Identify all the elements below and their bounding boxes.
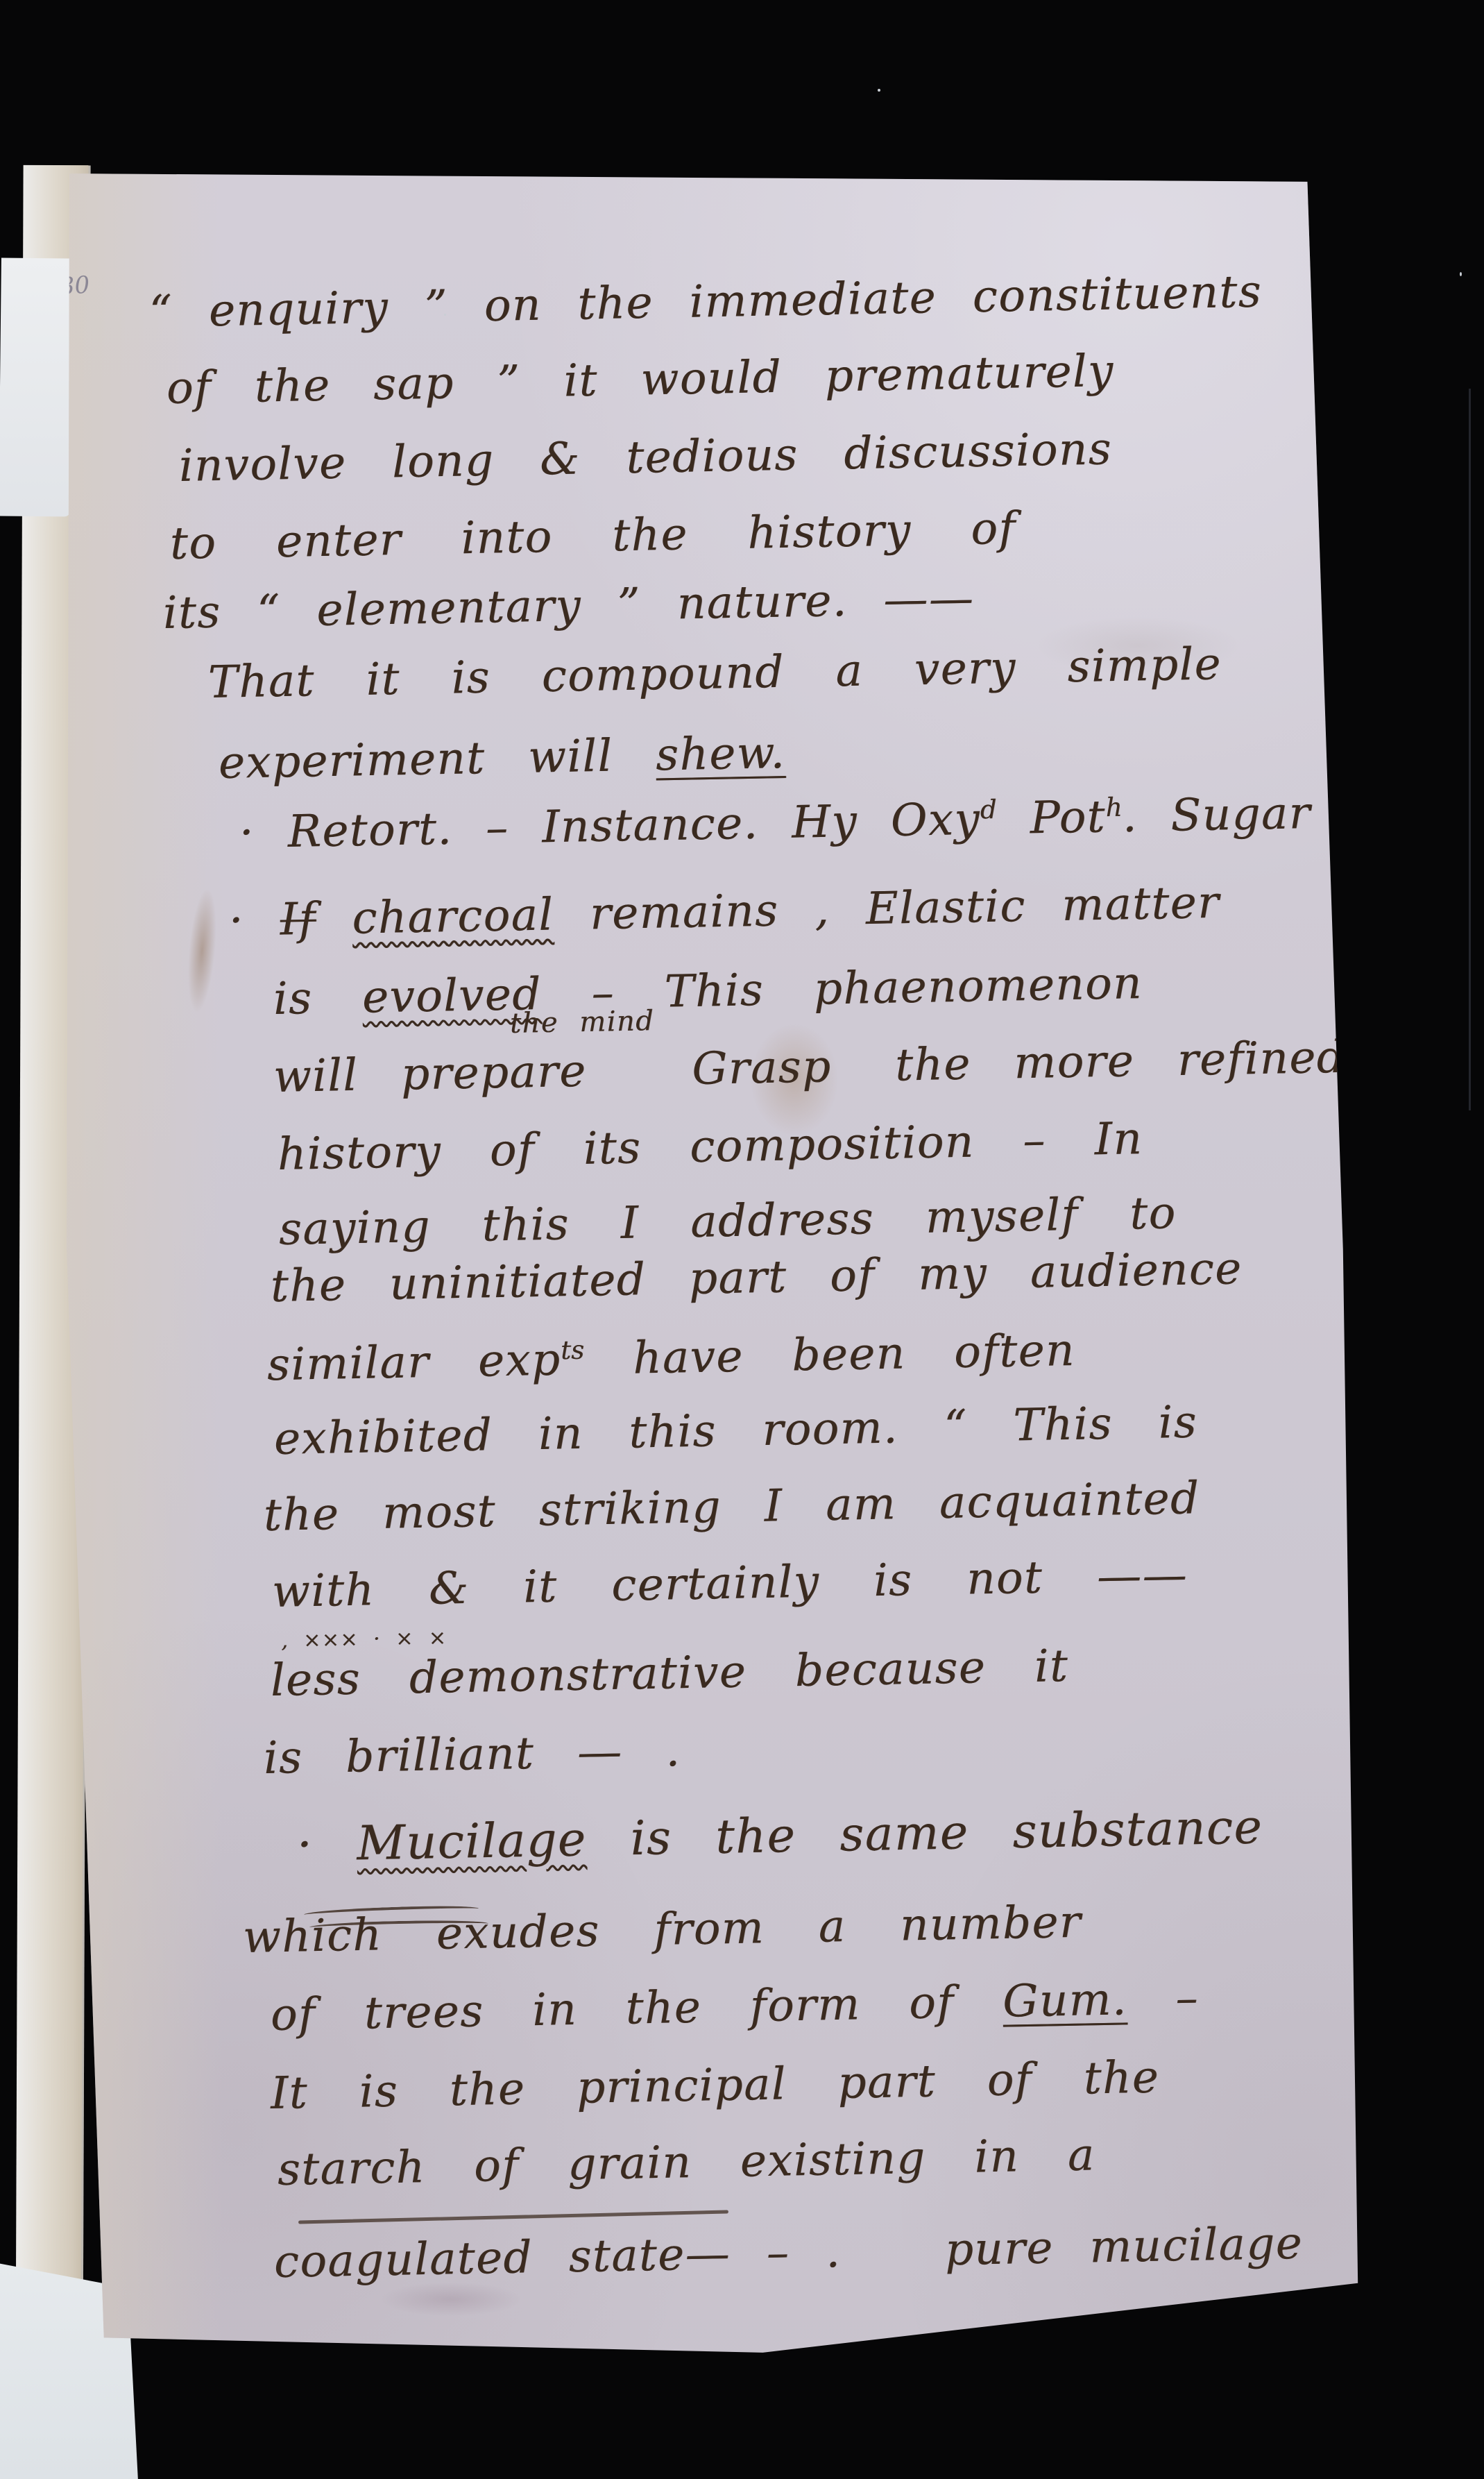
- manuscript-page: 30 “ enquiry ” on the immediate constitu…: [0, 0, 1484, 2479]
- manuscript-line: the most striking I am acquainted: [263, 1476, 1200, 1538]
- manuscript-line: That it is compound a very simple: [207, 642, 1222, 705]
- manuscript-text-segment: similar exp: [266, 1335, 561, 1391]
- manuscript-line: the uninitiated part of my audience: [270, 1246, 1243, 1309]
- manuscript-line: will prepare Grasp the more refined: [273, 1035, 1346, 1099]
- manuscript-text-segment: Mucilage: [356, 1812, 587, 1871]
- manuscript-line: · Mucilage is the same substance: [296, 1804, 1263, 1869]
- manuscript-text-segment: That it is compound a very simple: [207, 638, 1222, 709]
- manuscript-text-segment: h: [1105, 793, 1123, 822]
- manuscript-line: exhibited in this room. “ This is: [273, 1401, 1197, 1462]
- manuscript-text-segment: ——: [1338, 785, 1463, 838]
- manuscript-text-segment: pure mucilage: [944, 2218, 1303, 2276]
- manuscript-line: · If charcoal remains , Elastic matter: [228, 881, 1220, 943]
- manuscript-text-segment: the mind: [510, 1005, 655, 1040]
- manuscript-line: ‚ ××× · × ×: [281, 1628, 447, 1652]
- manuscript-text-segment: · Retort. – Instance. Hy Oxy: [239, 794, 980, 859]
- manuscript-line: its “ elementary ” nature. ——: [162, 577, 974, 636]
- manuscript-line: is evolved – This phaenomenon: [273, 961, 1143, 1022]
- manuscript-text-segment: saying this I address myself to: [278, 1187, 1177, 1255]
- manuscript-text-segment: exhibited in this room. “ This is: [273, 1397, 1197, 1465]
- manuscript-text-segment: history of its composition – In: [277, 1113, 1143, 1181]
- dust-speck: [444, 314, 446, 316]
- manuscript-text-segment: Gum.: [1003, 1974, 1128, 2027]
- manuscript-text-segment: . Sugar: [1122, 788, 1311, 843]
- manuscript-text-segment: Pot: [996, 791, 1106, 845]
- ink-smudge-stain: [174, 888, 225, 1065]
- manuscript-text-segment: [316, 893, 352, 945]
- manuscript-text-segment: coagulated state: [273, 2229, 685, 2288]
- manuscript-text-segment: its “ elementary ” nature. ——: [162, 573, 975, 639]
- manuscript-text-segment: d: [980, 795, 997, 824]
- manuscript-text-segment: remains , Elastic matter: [554, 877, 1220, 941]
- manuscript-text-segment: the uninitiated part of my audience: [270, 1243, 1243, 1312]
- dust-speck: [878, 89, 880, 92]
- manuscript-line: is brilliant — .: [263, 1729, 681, 1781]
- manuscript-line: It is the principal part of the: [270, 2056, 1159, 2116]
- grain-underline: [298, 2210, 728, 2224]
- manuscript-text-segment: to enter into the history of: [169, 503, 1016, 570]
- dust-speck: [1460, 272, 1462, 276]
- manuscript-text-segment: It is the principal part of the: [270, 2052, 1159, 2120]
- manuscript-text-segment: the more refined: [852, 1032, 1347, 1092]
- manuscript-line: the mind: [510, 1007, 655, 1038]
- manuscript-line: involve long & tedious discussions: [178, 427, 1112, 489]
- guard-tab-top-left: [0, 257, 74, 516]
- manuscript-line: · Retort. – Instance. Hy Oxyd Poth. Suga…: [239, 788, 1463, 856]
- manuscript-text-segment: starch of grain existing in a: [277, 2129, 1095, 2196]
- manuscript-text-segment: ·: [296, 1816, 357, 1872]
- manuscript-text-segment: charcoal: [352, 889, 554, 944]
- manuscript-line: of trees in the form of Gum. –: [270, 1976, 1199, 2038]
- manuscript-text-segment: “ enquiry ” on the immediate constituent…: [148, 266, 1262, 338]
- manuscript-text-segment: shew.: [655, 727, 785, 781]
- manuscript-line: saying this I address myself to: [278, 1191, 1177, 1252]
- manuscript-text-segment: Grasp: [692, 1041, 833, 1095]
- manuscript-text-segment: is the same substance: [586, 1800, 1263, 1867]
- manuscript-text-segment: –: [1127, 1972, 1200, 2025]
- manuscript-line: “ enquiry ” on the immediate constituent…: [148, 270, 1262, 335]
- photograph-background: 30 “ enquiry ” on the immediate constitu…: [0, 0, 1484, 2479]
- manuscript-text-segment: is brilliant — .: [263, 1725, 681, 1784]
- manuscript-text-segment: ·: [228, 895, 280, 947]
- manuscript-line: experiment will shew.: [218, 731, 785, 786]
- manuscript-text-segment: will prepare: [273, 1045, 630, 1103]
- manuscript-text-segment: ts: [561, 1335, 585, 1366]
- manuscript-line: coagulated state— – .pure mucilage: [273, 2222, 1303, 2285]
- manuscript-text-segment: with & it certainly is not ——: [271, 1550, 1188, 1618]
- manuscript-text-segment: involve long & tedious discussions: [178, 423, 1112, 492]
- manuscript-text-segment: of trees in the form of: [270, 1977, 1003, 2041]
- manuscript-text-segment: is: [273, 972, 362, 1025]
- manuscript-line: starch of grain existing in a: [277, 2133, 1095, 2192]
- manuscript-line: to enter into the history of: [169, 507, 1016, 566]
- manuscript-text-segment: the most striking I am acquainted: [263, 1473, 1200, 1541]
- manuscript-text-segment: of the sap ” it would prematurely: [166, 346, 1114, 414]
- manuscript-text-segment: If: [280, 894, 316, 946]
- manuscript-line: less demonstrative because it: [270, 1644, 1068, 1703]
- manuscript-text-segment: experiment will: [218, 729, 656, 789]
- manuscript-text-segment: ‚ ××× · × ×: [281, 1626, 447, 1653]
- manuscript-line: similar expts have been often: [266, 1328, 1075, 1388]
- manuscript-line: of the sap ” it would prematurely: [166, 349, 1114, 411]
- manuscript-text-segment: have been often: [584, 1325, 1076, 1385]
- manuscript-line: with & it certainly is not ——: [271, 1553, 1188, 1614]
- manuscript-text-segment: — – .: [685, 2226, 842, 2281]
- page-edge-glint: [1469, 389, 1471, 1110]
- manuscript-line: history of its composition – In: [277, 1117, 1143, 1177]
